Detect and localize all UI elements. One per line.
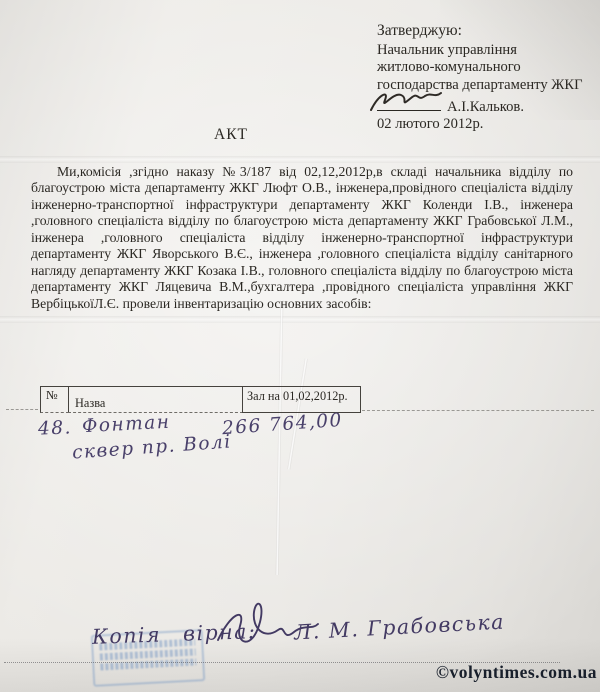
approval-line: Начальник управління	[377, 42, 585, 59]
approver-signature-row: А.І.Кальков.	[377, 96, 585, 116]
table-rule-extension	[6, 409, 38, 410]
approval-block: Затверджую: Начальник управління житлово…	[377, 22, 585, 133]
table-rule-extension	[362, 410, 594, 411]
entry-name-line1: Фонтан	[82, 412, 171, 438]
approver-name: А.І.Кальков.	[447, 99, 524, 115]
photo-credit-watermark: ©volyntimes.com.ua	[436, 662, 597, 683]
paper-fold-band	[0, 156, 600, 163]
document-title: АКТ	[214, 126, 248, 144]
entry-number: 48.	[38, 417, 73, 439]
approval-line: житлово-комунального	[377, 59, 585, 76]
approver-signature-icon	[367, 86, 445, 116]
table-col-name: Назва	[68, 386, 243, 413]
scanned-document-photo: Затверджую: Начальник управління житлово…	[0, 0, 600, 692]
paper-fold-band	[0, 316, 600, 323]
approval-date: 02 лютого 2012р.	[377, 116, 585, 133]
approval-heading: Затверджую:	[377, 22, 585, 39]
document-body: Ми,комісія ,згідно наказу №3/187 від 02,…	[31, 164, 573, 312]
stamp-text-row	[100, 658, 196, 670]
entry-amount: 266 764,00	[221, 410, 343, 439]
table-col-name-label: Назва	[75, 396, 105, 411]
paper-crease	[276, 300, 284, 575]
table-col-balance: Зал на 01,02,2012р.	[242, 386, 361, 413]
table-col-number: №	[40, 386, 69, 413]
